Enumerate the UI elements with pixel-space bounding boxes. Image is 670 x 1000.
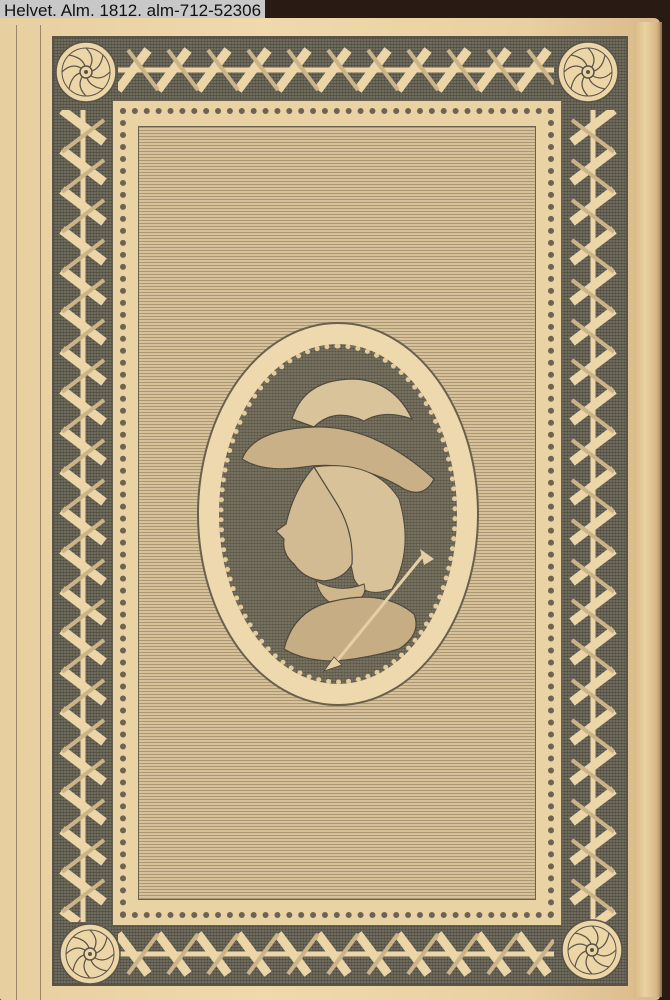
portrait-figure	[224, 349, 452, 679]
top-twist-border	[118, 44, 554, 96]
rosette-bottom-left	[58, 922, 122, 986]
left-twist-border	[58, 110, 108, 922]
rosette-top-left	[54, 40, 118, 104]
bottom-twist-border	[118, 928, 554, 980]
spine-line	[16, 25, 17, 1000]
portrait-medallion	[219, 344, 457, 684]
rosette-top-right	[556, 40, 620, 104]
spine-line	[40, 25, 41, 1000]
page-edge	[634, 22, 662, 997]
rosette-bottom-right	[560, 918, 624, 982]
right-twist-border	[568, 110, 618, 922]
